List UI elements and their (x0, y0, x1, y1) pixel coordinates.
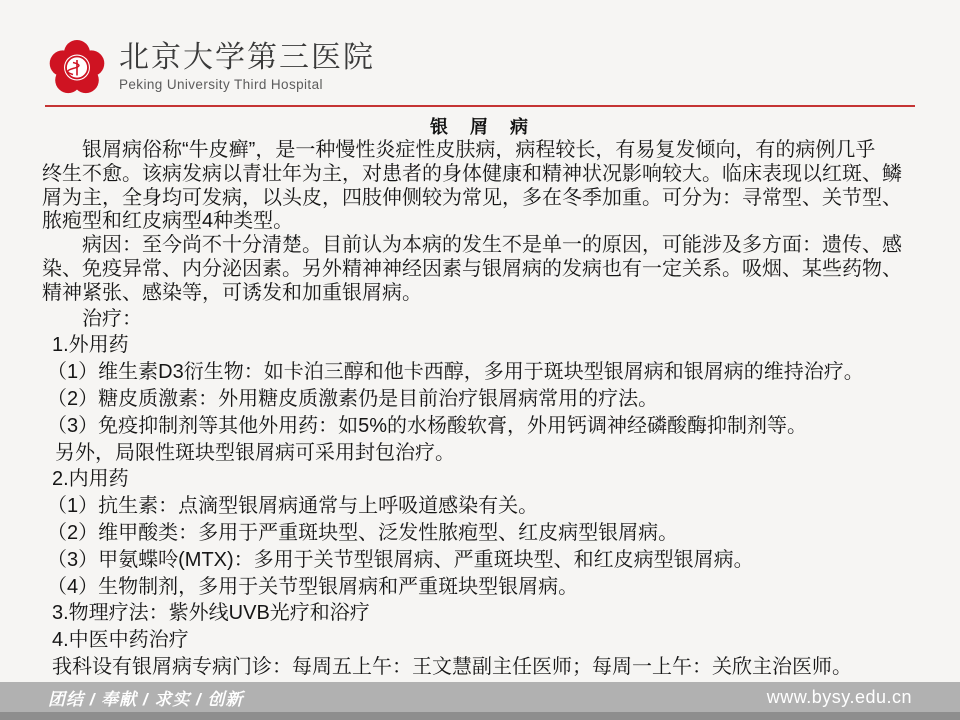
body-line: 银屑病俗称“牛皮癣”，是一种慢性炎症性皮肤病，病程较长，有易复发倾向，有的病例几… (42, 139, 922, 163)
header-divider (45, 105, 915, 107)
body-line: 另外，局限性斑块型银屑病可采用封包治疗。 (42, 440, 922, 467)
footer-bar: 团结 / 奉献 / 求实 / 创新 www.bysy.edu.cn (0, 682, 960, 712)
hospital-logo-icon (45, 35, 109, 99)
slide-body: 银屑病俗称“牛皮癣”，是一种慢性炎症性皮肤病，病程较长，有易复发倾向，有的病例几… (42, 139, 922, 681)
body-line: （2）糖皮质激素：外用糖皮质激素仍是目前治疗银屑病常用的疗法。 (42, 386, 922, 413)
body-line: 4.中医中药治疗 (42, 627, 922, 654)
hospital-name-cn: 北京大学第三医院 (119, 43, 375, 73)
body-line: 屑为主，全身均可发病，以头皮，四肢伸侧较为常见，多在冬季加重。可分为：寻常型、关… (42, 187, 922, 211)
hospital-brand: 北京大学第三医院 Peking University Third Hospita… (119, 43, 375, 92)
body-line: 3.物理疗法：紫外线UVB光疗和浴疗 (42, 600, 922, 627)
body-line: 1.外用药 (42, 332, 922, 359)
body-line: 2.内用药 (42, 466, 922, 493)
body-line: 脓疱型和红皮病型4种类型。 (42, 210, 922, 234)
body-line: （4）生物制剂，多用于关节型银屑病和严重斑块型银屑病。 (42, 574, 922, 601)
body-line: 我科设有银屑病专病门诊：每周五上午：王文慧副主任医师；每周一上午：关欣主治医师。 (42, 654, 922, 681)
footer-website: www.bysy.edu.cn (767, 687, 912, 708)
presentation-slide: 北京大学第三医院 Peking University Third Hospita… (0, 0, 960, 720)
body-line: 终生不愈。该病发病以青壮年为主，对患者的身体健康和精神状况影响较大。临床表现以红… (42, 163, 922, 187)
body-line: （1）抗生素：点滴型银屑病通常与上呼吸道感染有关。 (42, 493, 922, 520)
body-line: （1）维生素D3衍生物：如卡泊三醇和他卡西醇，多用于斑块型银屑病和银屑病的维持治… (42, 359, 922, 386)
body-line: 治疗： (42, 306, 922, 333)
page-title: 银 屑 病 (0, 113, 960, 139)
hospital-name-en: Peking University Third Hospital (119, 78, 375, 92)
body-line: （2）维甲酸类：多用于严重斑块型、泛发性脓疱型、红皮病型银屑病。 (42, 520, 922, 547)
header: 北京大学第三医院 Peking University Third Hospita… (45, 34, 375, 100)
body-line: （3）甲氨蝶呤(MTX)：多用于关节型银屑病、严重斑块型、和红皮病型银屑病。 (42, 547, 922, 574)
body-line: （3）免疫抑制剂等其他外用药：如5%的水杨酸软膏，外用钙调神经磷酸酶抑制剂等。 (42, 413, 922, 440)
footer-bottom-strip (0, 712, 960, 720)
body-line: 染、免疫异常、内分泌因素。另外精神神经因素与银屑病的发病也有一定关系。吸烟、某些… (42, 258, 922, 282)
body-line: 病因：至今尚不十分清楚。目前认为本病的发生不是单一的原因，可能涉及多方面：遗传、… (42, 234, 922, 258)
body-line: 精神紧张、感染等，可诱发和加重银屑病。 (42, 282, 922, 306)
footer-motto: 团结 / 奉献 / 求实 / 创新 (48, 685, 244, 710)
